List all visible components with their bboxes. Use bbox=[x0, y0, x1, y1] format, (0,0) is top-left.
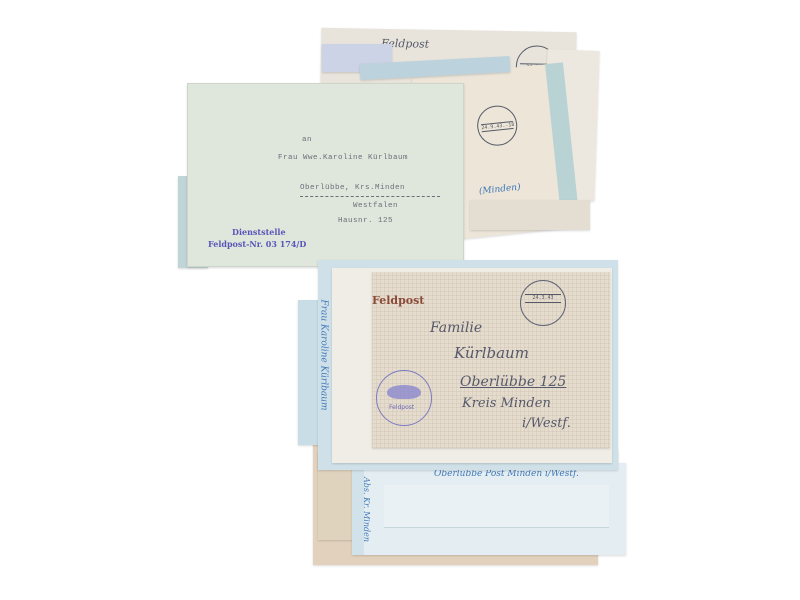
feldpost-card: Feldpost 24.3.43 Familie Kürlbaum Oberlü… bbox=[372, 272, 610, 448]
eagle-postmark: 24.3.43 bbox=[520, 280, 566, 326]
blue-envelope-flap bbox=[384, 485, 609, 528]
blue-envelope-side-text: Abs. Kr. Minden bbox=[362, 477, 371, 542]
handwritten-fragment: (Minden) bbox=[479, 183, 522, 197]
recipient-region: Westfalen bbox=[353, 202, 398, 210]
address-underline bbox=[300, 196, 440, 197]
eagle-icon bbox=[387, 385, 421, 399]
top-envelope: an Frau Wwe.Karoline Kürlbaum Oberlübbe,… bbox=[187, 83, 464, 267]
address-line-3: Oberlübbe 125 bbox=[460, 374, 566, 390]
address-line-5: i/Westf. bbox=[522, 416, 571, 431]
recipient-name: Frau Wwe.Karoline Kürlbaum bbox=[278, 154, 408, 162]
postmark: 24.9.43.-18 bbox=[475, 104, 519, 148]
address-line-1: Familie bbox=[430, 320, 482, 336]
recipient-town: Oberlübbe, Krs.Minden bbox=[300, 184, 405, 192]
stack-edge bbox=[470, 200, 590, 230]
feldpost-header: Feldpost bbox=[372, 294, 424, 307]
blue-envelope-text: Oberlübbe Post Minden i/Westf. bbox=[434, 469, 579, 479]
to-label: an bbox=[302, 136, 312, 144]
address-line-2: Kürlbaum bbox=[454, 344, 529, 362]
recipient-house: Hausnr. 125 bbox=[338, 217, 393, 225]
address-line-4: Kreis Minden bbox=[462, 396, 551, 411]
eagle-stamp: Feldpost bbox=[376, 370, 432, 426]
blue-envelope: Oberlübbe Post Minden i/Westf. Abs. Kr. … bbox=[352, 463, 626, 555]
sender-stamp-line1: Dienststelle bbox=[232, 227, 286, 237]
left-margin-script: Frau Karoline Kürlbaum bbox=[319, 299, 329, 410]
sender-stamp-line2: Feldpost-Nr. 03 174/D bbox=[208, 239, 306, 249]
eagle-stamp-text: Feldpost bbox=[389, 404, 414, 411]
